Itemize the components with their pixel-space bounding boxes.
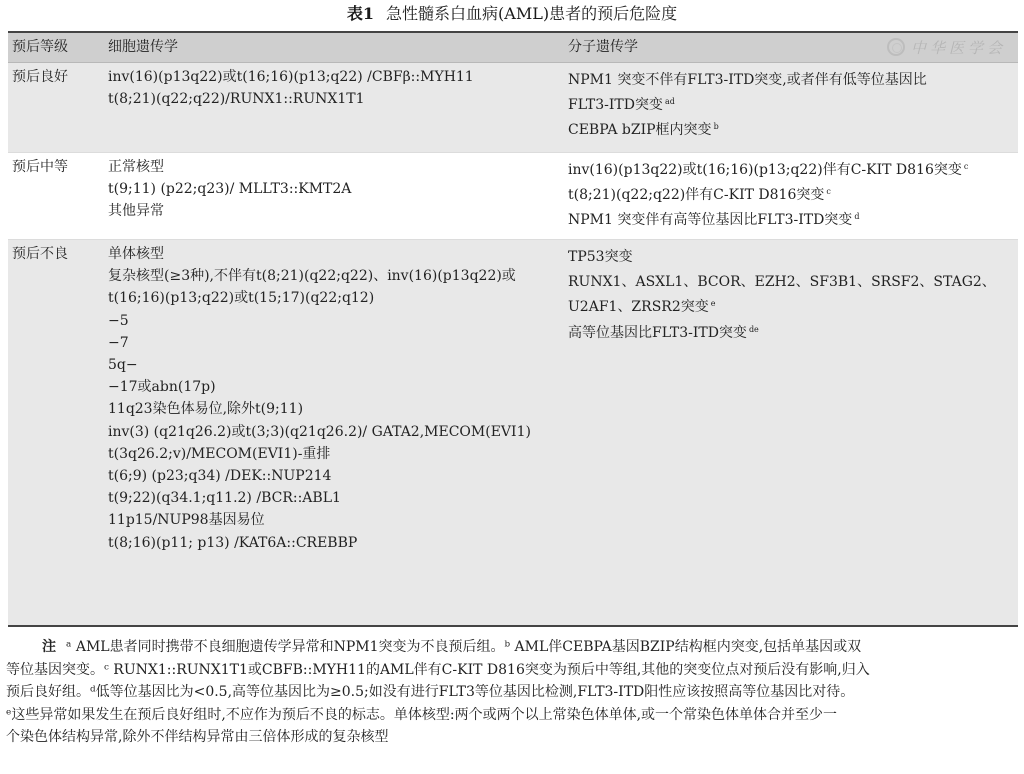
cytogenetics-cell: 单体核型 复杂核型(≥3种),不伴有t(8;21)(q22;q22)、inv(1… — [108, 243, 568, 625]
cyto-item: t(8;16)(p11; p13) /KAT6A::CREBBP — [108, 532, 568, 554]
mol-text: NPM1 突变伴有高等位基因比FLT3-ITD突变 — [568, 212, 852, 228]
table-row-intermediate: 预后中等 正常核型 t(9;11) (p22;q23)/ MLLT3::KMT2… — [8, 152, 1018, 240]
footnote-ref: d — [854, 212, 859, 221]
footnote-ref: c — [826, 187, 830, 196]
footnote-ref: b — [714, 122, 719, 131]
footnote-ref: de — [749, 325, 759, 334]
cyto-item: 11q23染色体易位,除外t(9;11) — [108, 398, 568, 420]
journal-logo-icon — [887, 38, 905, 56]
cyto-item: 正常核型 — [108, 156, 568, 178]
cyto-item: t(9;11) (p22;q23)/ MLLT3::KMT2A — [108, 178, 568, 200]
mol-item: 高等位基因比FLT3-ITD突变de — [568, 319, 1018, 344]
mol-text: TP53突变 — [568, 249, 633, 265]
table-title-text: 急性髓系白血病(AML)患者的预后危险度 — [386, 4, 677, 23]
cyto-item: inv(16)(p13q22)或t(16;16)(p13;q22) /CBFβ:… — [108, 66, 568, 88]
mol-item: inv(16)(p13q22)或t(16;16)(p13;q22)伴有C-KIT… — [568, 156, 1018, 181]
footnote-ref: ad — [665, 97, 675, 106]
footnote-ref: e — [711, 299, 716, 308]
prognosis-table: 预后等级 细胞遗传学 分子遗传学 中华医学会 预后良好 inv(16)(p13q… — [8, 31, 1018, 627]
table-notes: 注ᵃ AML患者同时携带不良细胞遗传学异常和NPM1突变为不良预后组。ᵇ AML… — [6, 636, 1018, 749]
cyto-item: t(16;16)(p13;q22)或t(15;17)(q22;q12) — [108, 287, 568, 309]
molecular-cell: NPM1 突变不伴有FLT3-ITD突变,或者伴有低等位基因比 FLT3-ITD… — [568, 66, 1018, 152]
mol-text: CEBPA bZIP框内突变 — [568, 122, 712, 138]
grade-cell: 预后良好 — [8, 66, 108, 152]
cyto-item: 11p15/NUP98基因易位 — [108, 509, 568, 531]
molecular-cell: inv(16)(p13q22)或t(16;16)(p13;q22)伴有C-KIT… — [568, 156, 1018, 239]
cyto-item: t(3q26.2;v)/MECOM(EVI1)-重排 — [108, 443, 568, 465]
note-text: ᵃ AML患者同时携带不良细胞遗传学异常和NPM1突变为不良预后组。ᵇ AML伴… — [66, 639, 861, 655]
cyto-item: inv(3) (q21q26.2)或t(3;3)(q21q26.2)/ GATA… — [108, 421, 568, 443]
mol-text: 高等位基因比FLT3-ITD突变 — [568, 325, 747, 341]
footnote-ref: c — [964, 162, 968, 171]
note-line: 预后良好组。ᵈ低等位基因比为<0.5,高等位基因比为≥0.5;如没有进行FLT3… — [6, 681, 1018, 704]
mol-text: U2AF1、ZRSR2突变 — [568, 299, 709, 315]
note-line: 个染色体结构异常,除外不伴结构异常由三倍体形成的复杂核型 — [6, 726, 1018, 749]
watermark: 中华医学会 — [887, 36, 1006, 58]
mol-item: FLT3-ITD突变ad — [568, 91, 1018, 116]
cyto-item: 5q− — [108, 354, 568, 376]
mol-text: NPM1 突变不伴有FLT3-ITD突变,或者伴有低等位基因比 — [568, 72, 927, 88]
note-line: 注ᵃ AML患者同时携带不良细胞遗传学异常和NPM1突变为不良预后组。ᵇ AML… — [6, 636, 1018, 659]
cyto-item: −5 — [108, 310, 568, 332]
cyto-item: t(9;22)(q34.1;q11.2) /BCR::ABL1 — [108, 487, 568, 509]
cyto-item: −7 — [108, 332, 568, 354]
watermark-text: 中华医学会 — [911, 37, 1006, 58]
table-header-row: 预后等级 细胞遗传学 分子遗传学 中华医学会 — [8, 33, 1018, 63]
cyto-item: 单体核型 — [108, 243, 568, 265]
grade-cell: 预后不良 — [8, 243, 108, 625]
mol-item: CEBPA bZIP框内突变b — [568, 116, 1018, 141]
mol-item: NPM1 突变不伴有FLT3-ITD突变,或者伴有低等位基因比 — [568, 66, 1018, 91]
cyto-item: 其他异常 — [108, 200, 568, 222]
cytogenetics-cell: 正常核型 t(9;11) (p22;q23)/ MLLT3::KMT2A 其他异… — [108, 156, 568, 239]
mol-item: U2AF1、ZRSR2突变e — [568, 293, 1018, 318]
table-title: 表1急性髓系白血病(AML)患者的预后危险度 — [0, 2, 1024, 26]
mol-text: FLT3-ITD突变 — [568, 97, 663, 113]
mol-text: t(8;21)(q22;q22)伴有C-KIT D816突变 — [568, 187, 824, 203]
table-number: 表1 — [347, 4, 374, 23]
header-cytogenetics: 细胞遗传学 — [108, 33, 568, 62]
mol-text: inv(16)(p13q22)或t(16;16)(p13;q22)伴有C-KIT… — [568, 162, 962, 178]
mol-item: RUNX1、ASXL1、BCOR、EZH2、SF3B1、SRSF2、STAG2、 — [568, 268, 1018, 293]
cytogenetics-cell: inv(16)(p13q22)或t(16;16)(p13;q22) /CBFβ:… — [108, 66, 568, 152]
note-line: ᵉ这些异常如果发生在预后良好组时,不应作为预后不良的标志。单体核型:两个或两个以… — [6, 704, 1018, 727]
mol-item: TP53突变 — [568, 243, 1018, 268]
table-row-adverse: 预后不良 单体核型 复杂核型(≥3种),不伴有t(8;21)(q22;q22)、… — [8, 240, 1018, 625]
cyto-item: t(8;21)(q22;q22)/RUNX1::RUNX1T1 — [108, 88, 568, 110]
mol-item: t(8;21)(q22;q22)伴有C-KIT D816突变c — [568, 181, 1018, 206]
cyto-item: −17或abn(17p) — [108, 376, 568, 398]
header-grade: 预后等级 — [8, 33, 108, 62]
notes-label: 注 — [42, 639, 56, 655]
mol-item: NPM1 突变伴有高等位基因比FLT3-ITD突变d — [568, 206, 1018, 231]
table-row-favorable: 预后良好 inv(16)(p13q22)或t(16;16)(p13;q22) /… — [8, 63, 1018, 152]
molecular-cell: TP53突变 RUNX1、ASXL1、BCOR、EZH2、SF3B1、SRSF2… — [568, 243, 1018, 625]
grade-cell: 预后中等 — [8, 156, 108, 239]
cyto-item: 复杂核型(≥3种),不伴有t(8;21)(q22;q22)、inv(16)(p1… — [108, 265, 568, 287]
note-line: 等位基因突变。ᶜ RUNX1::RUNX1T1或CBFB::MYH11的AML伴… — [6, 659, 1018, 682]
mol-text: RUNX1、ASXL1、BCOR、EZH2、SF3B1、SRSF2、STAG2、 — [568, 274, 996, 290]
cyto-item: t(6;9) (p23;q34) /DEK::NUP214 — [108, 465, 568, 487]
